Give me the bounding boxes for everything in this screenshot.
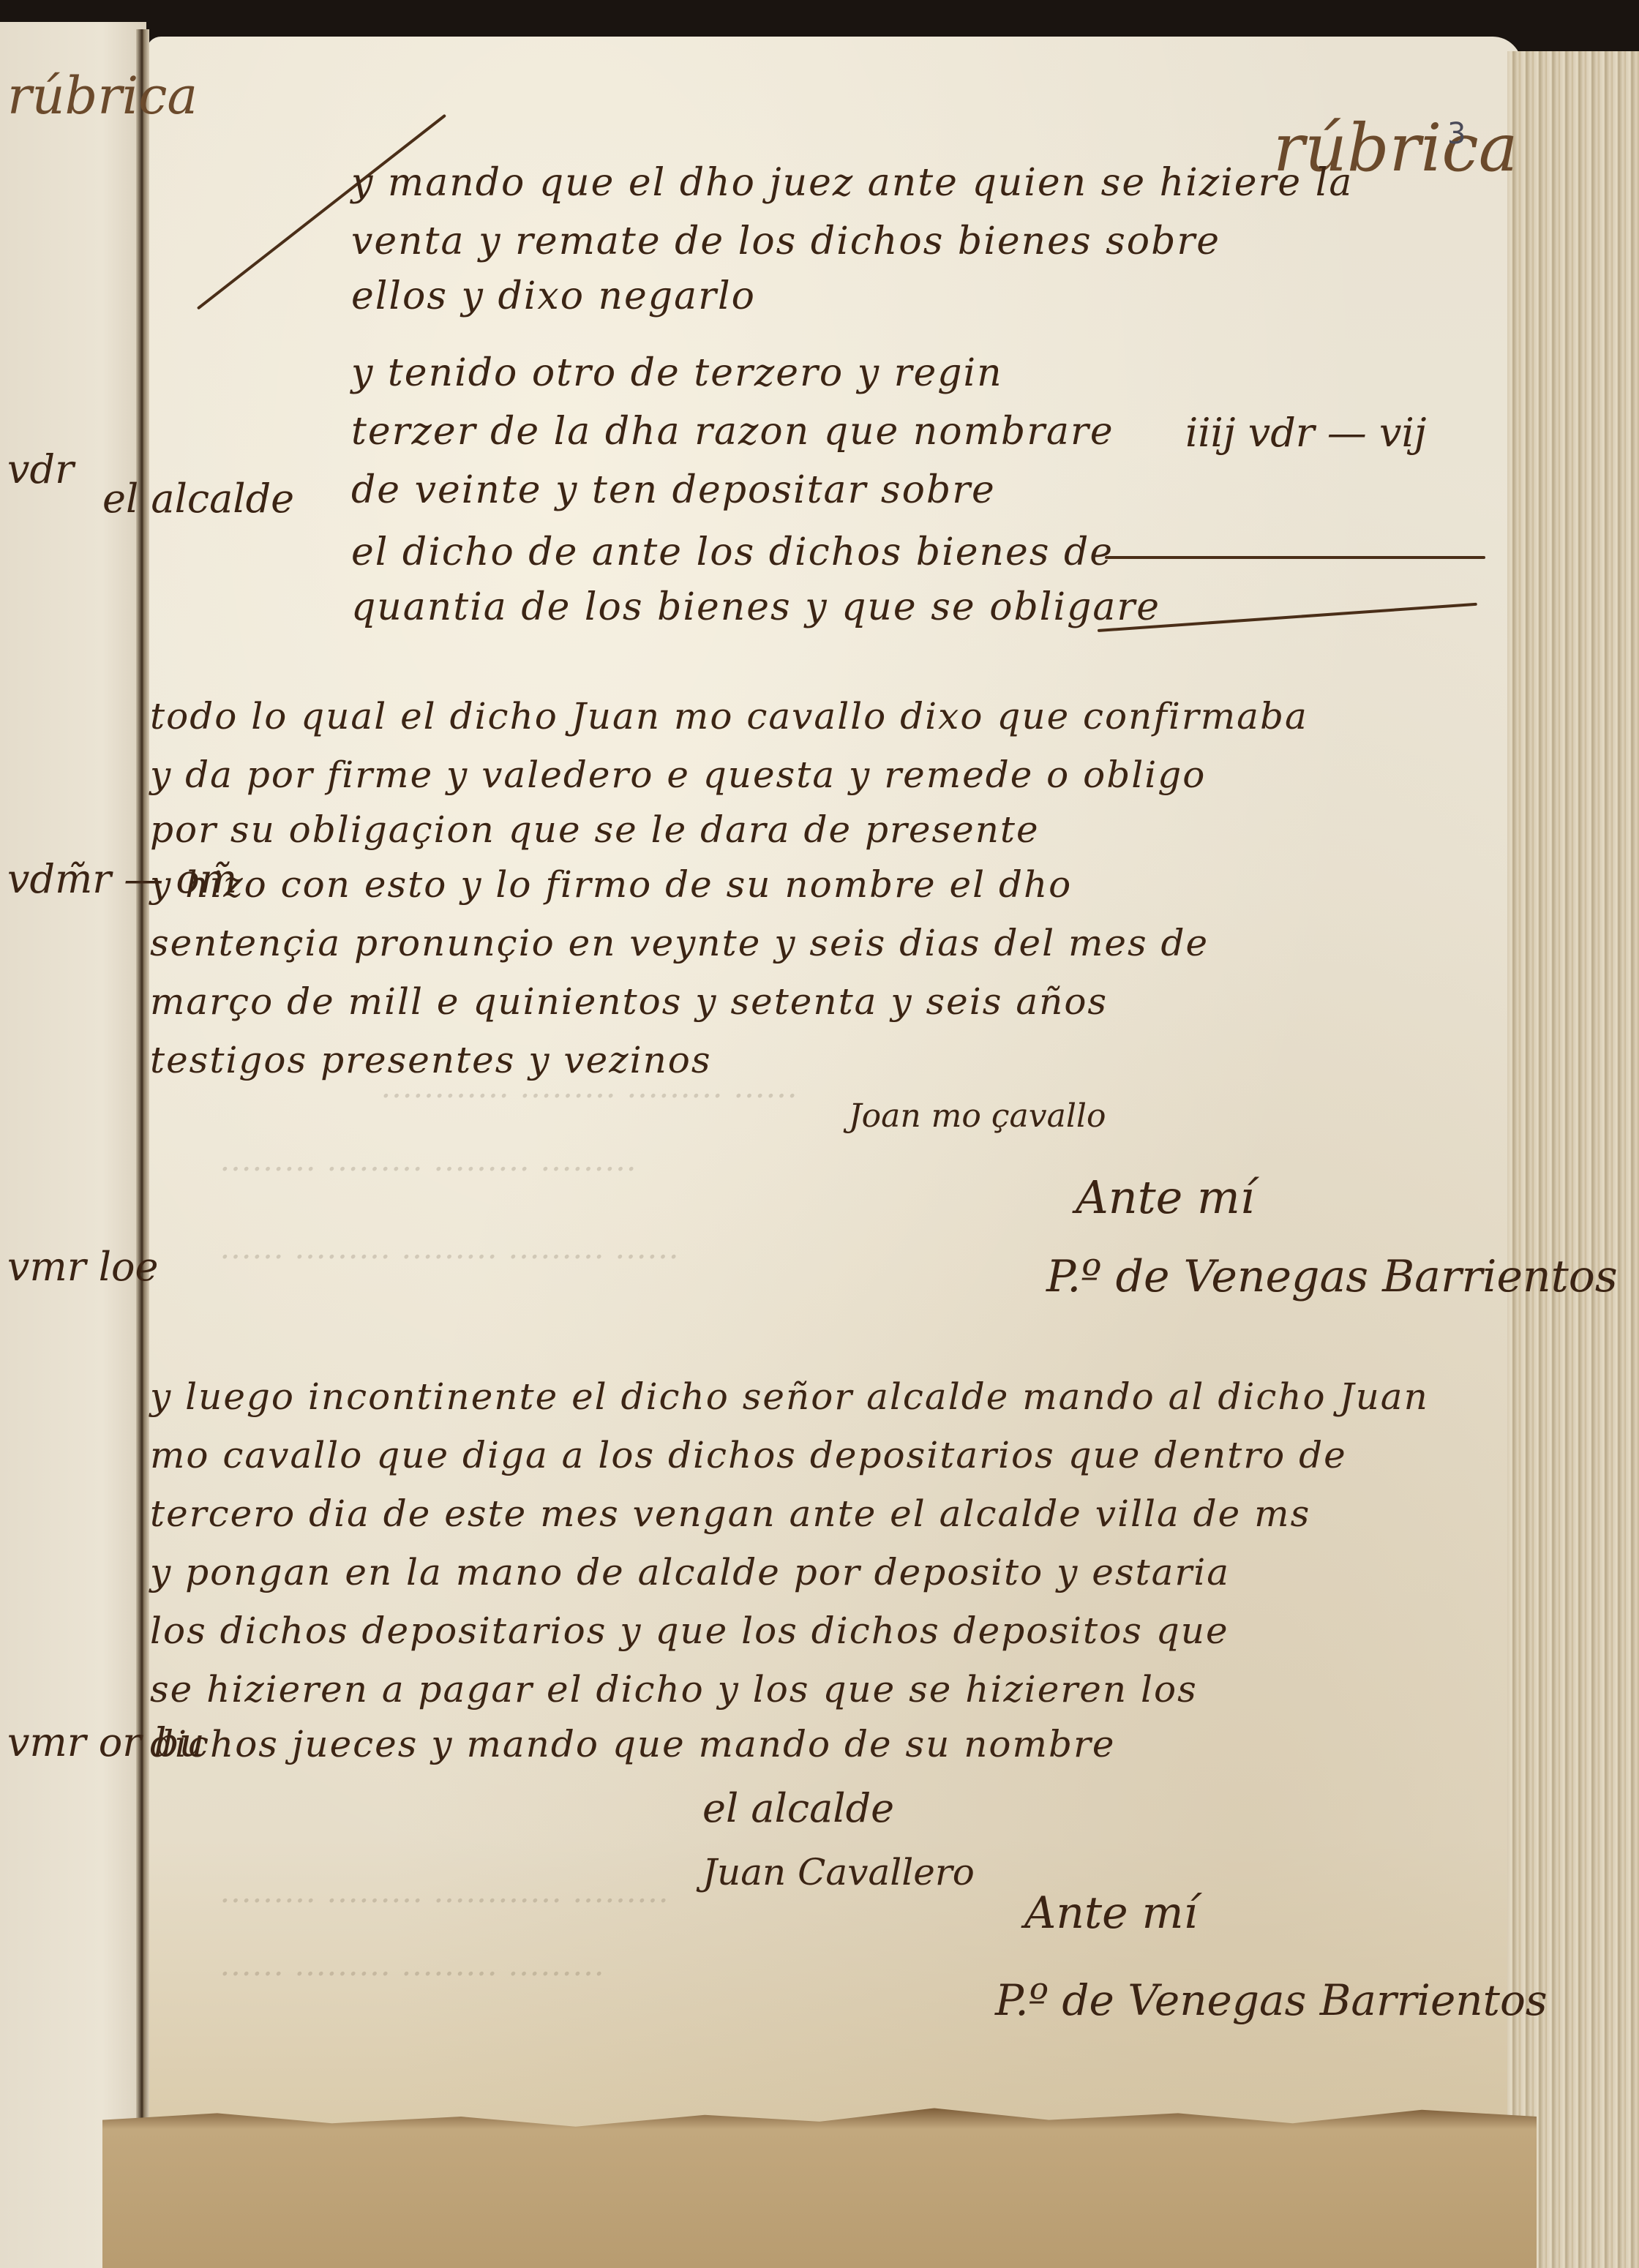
signature-notary: P.º de Venegas Barrientos	[995, 1975, 1548, 2025]
text-line: y luego incontinente el dicho señor alca…	[150, 1375, 1429, 1418]
text-line: terzer de la dha razon que nombrare	[351, 410, 1114, 454]
water-damaged-bottom-edge	[102, 2100, 1537, 2268]
text-line: sentençia pronunçio en veynte y seis dia…	[150, 922, 1209, 964]
signature-notary: P.º de Venegas Barrientos	[1046, 1251, 1618, 1302]
text-line: se hizieren a pagar el dicho y los que s…	[150, 1668, 1198, 1711]
page-edges-stack	[1507, 51, 1639, 2268]
show-through-text: …… ……… ……… ………	[220, 1946, 604, 1983]
text-line: quantia de los bienes y que se obligare	[351, 585, 1160, 629]
signature-party: Joan mo çavallo	[849, 1097, 1106, 1135]
show-through-text: ……… ……… ……… ………	[220, 1141, 637, 1179]
line-filler-stroke	[1105, 556, 1485, 559]
manuscript-scan: ………… ……… ……… …… ……… ……… ……… ……… …… ……… ……	[0, 0, 1639, 2268]
text-line: y tenido otro de terzero y regin	[351, 351, 1003, 395]
folio-number: 3	[1447, 117, 1466, 151]
text-line: de veinte y ten depositar sobre	[351, 468, 996, 512]
show-through-text: ……… ……… ………… ………	[220, 1873, 669, 1910]
ante-mi-label: Ante mí	[1024, 1888, 1198, 1939]
text-line: los dichos depositarios y que los dichos…	[150, 1610, 1229, 1652]
right-margin-note: iiij vdr — vij	[1185, 410, 1426, 456]
rubric-flourish-top-left: rúbrica	[7, 66, 198, 126]
text-line: testigos presentes y vezinos	[150, 1039, 712, 1081]
text-line: março de mill e quinientos y setenta y s…	[150, 980, 1108, 1023]
left-margin-note: vdr	[7, 446, 74, 492]
text-line: todo lo qual el dicho Juan mo cavallo di…	[150, 695, 1308, 737]
signature-witness: Juan Cavallero	[702, 1851, 975, 1893]
text-line: y mando que el dho juez ante quien se hi…	[351, 161, 1353, 205]
text-line: y pongan en la mano de alcalde por depos…	[150, 1551, 1230, 1593]
signature-alcalde: el alcalde	[702, 1785, 894, 1831]
show-through-text: …… ……… ……… ……… ……	[220, 1229, 679, 1266]
facing-page-left	[0, 22, 146, 2268]
ante-mi-label: Ante mí	[1076, 1171, 1255, 1224]
text-line: por su obligaçion que se le dara de pres…	[150, 808, 1040, 851]
text-line: dichos jueces y mando que mando de su no…	[150, 1723, 1115, 1765]
text-line: tercero dia de este mes vengan ante el a…	[150, 1492, 1310, 1535]
text-line: y hizo con esto y lo firmo de su nombre …	[150, 863, 1072, 906]
text-line: el dicho de ante los dichos bienes de	[351, 530, 1114, 574]
left-margin-note: el alcalde	[102, 476, 294, 522]
binding-gutter	[136, 29, 149, 2268]
text-line: y da por firme y valedero e questa y rem…	[150, 754, 1206, 796]
left-margin-note: vmr loe	[7, 1244, 158, 1290]
text-line: ellos y dixo negarlo	[351, 274, 756, 318]
text-line: venta y remate de los dichos bienes sobr…	[351, 219, 1220, 263]
text-line: mo cavallo que diga a los dichos deposit…	[150, 1434, 1347, 1476]
